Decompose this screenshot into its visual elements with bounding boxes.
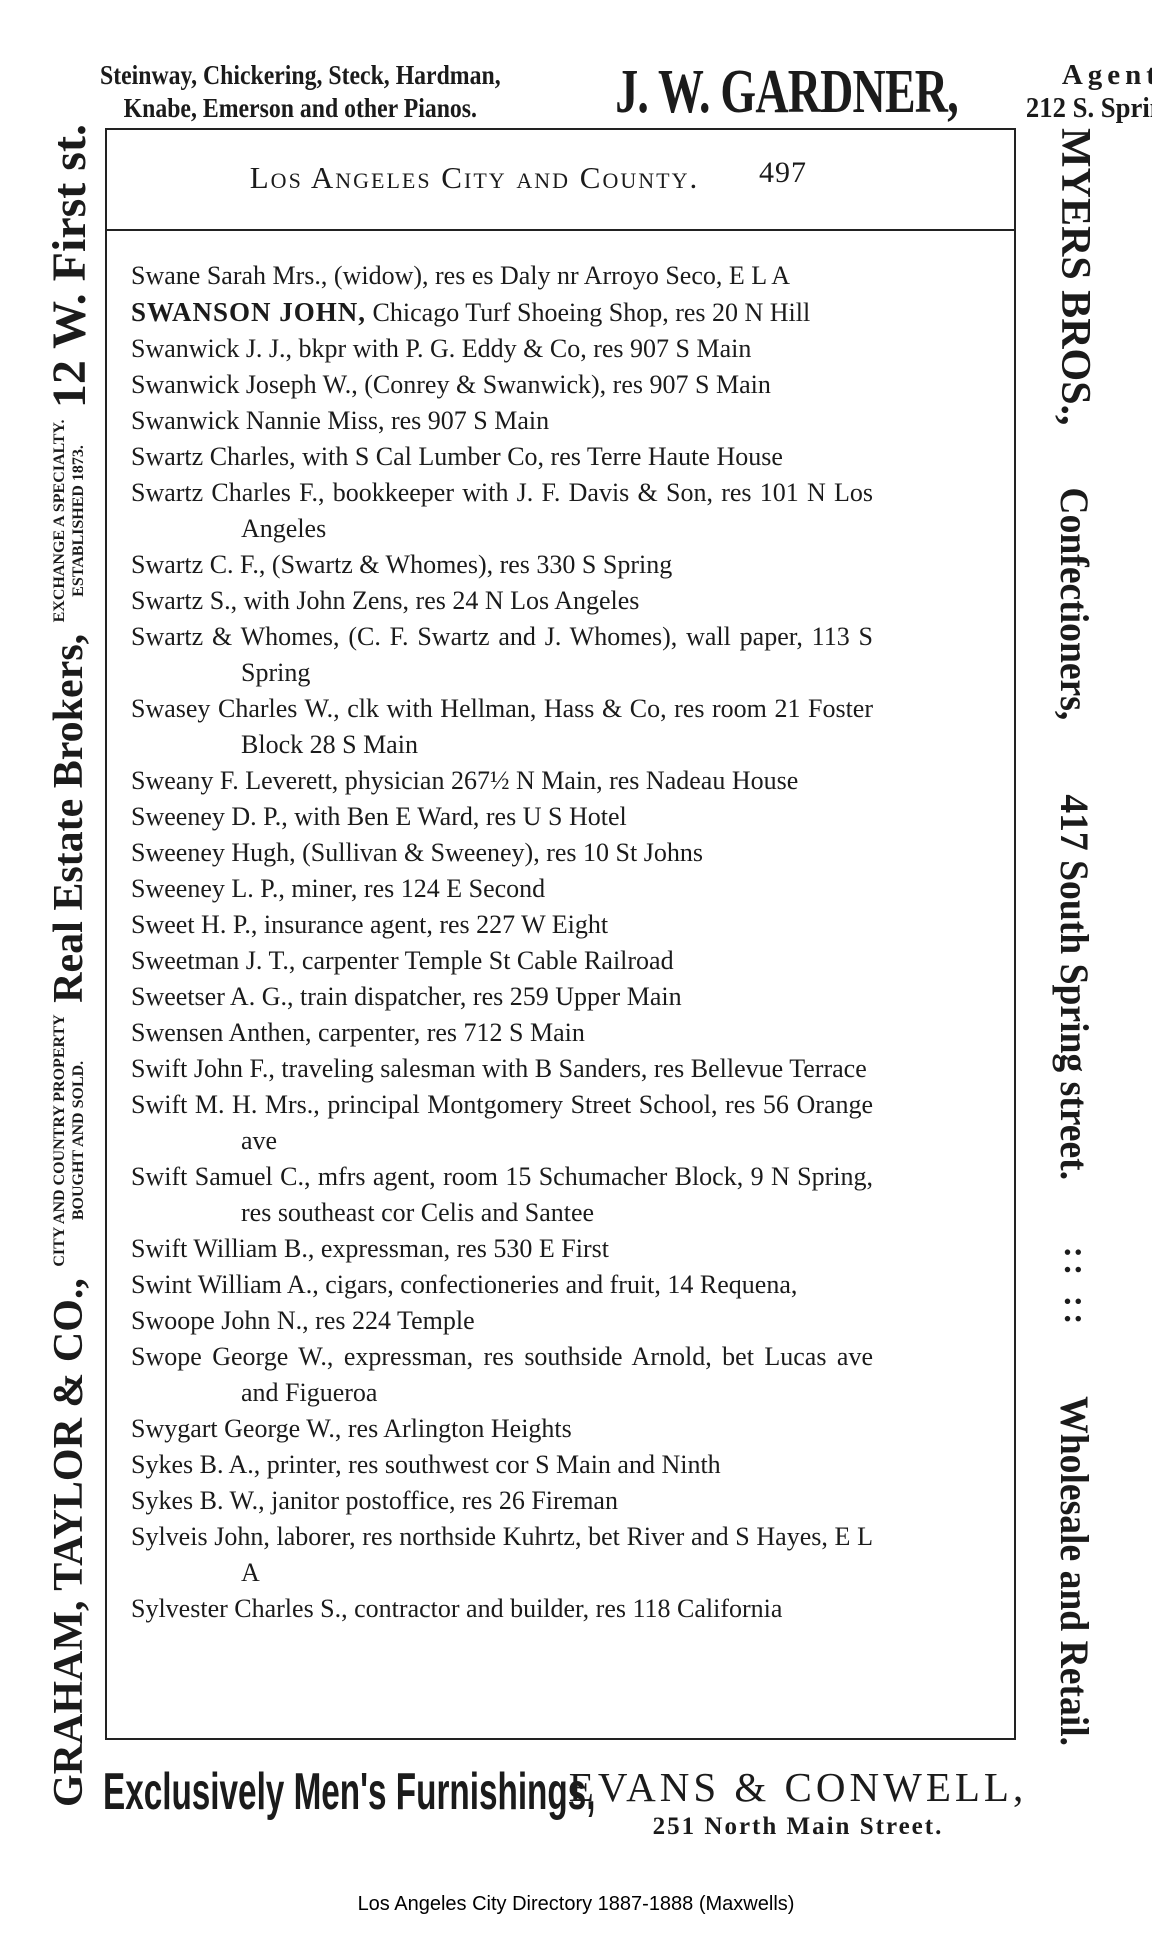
- directory-entry: SWANSON JOHN, Chicago Turf Shoeing Shop,…: [131, 294, 873, 331]
- directory-entry: Sylvester Charles S., contractor and bui…: [131, 1591, 873, 1627]
- left-ad-business: Real Estate Brokers,: [45, 634, 93, 1003]
- left-ad-property-line1: CITY AND COUNTRY PROPERTY: [51, 1014, 68, 1266]
- top-ad: Steinway, Chickering, Steck, Hardman, Kn…: [100, 52, 1035, 132]
- directory-entry: Sweet H. P., insurance agent, res 227 W …: [131, 907, 873, 943]
- directory-entry: Sylveis John, laborer, res northside Kuh…: [131, 1519, 873, 1591]
- right-ad-separator: :: ::: [1056, 1247, 1094, 1331]
- directory-entry: Swanwick Joseph W., (Conrey & Swanwick),…: [131, 367, 873, 403]
- left-ad-specialty-line2: ESTABLISHED 1873.: [70, 445, 87, 597]
- directory-entry: Sweany F. Leverett, physician 267½ N Mai…: [131, 763, 873, 799]
- directory-entry: Swartz & Whomes, (C. F. Swartz and J. Wh…: [131, 619, 873, 691]
- directory-entry: Swygart George W., res Arlington Heights: [131, 1411, 873, 1447]
- directory-entry: Swartz C. F., (Swartz & Whomes), res 330…: [131, 547, 873, 583]
- left-ad-specialty-note: EXCHANGE A SPECIALTY. ESTABLISHED 1873.: [50, 420, 88, 623]
- top-ad-gardner-name: J. W. GARDNER,: [615, 61, 958, 123]
- directory-entry: Sykes B. W., janitor postoffice, res 26 …: [131, 1483, 873, 1519]
- directory-entry: Swift M. H. Mrs., principal Montgomery S…: [131, 1087, 873, 1159]
- directory-entry: Swift John F., traveling salesman with B…: [131, 1051, 873, 1087]
- bottom-ad-furnishings: Exclusively Men's Furnishings,: [103, 1763, 394, 1821]
- directory-entry: Swartz Charles, with S Cal Lumber Co, re…: [131, 439, 873, 475]
- bottom-ad-company: EVANS & CONWELL,: [558, 1763, 1038, 1811]
- left-ad-specialty-line1: EXCHANGE A SPECIALTY.: [51, 420, 68, 623]
- directory-entry-list: Swane Sarah Mrs., (widow), res es Daly n…: [107, 231, 873, 1627]
- directory-entry: Swartz S., with John Zens, res 24 N Los …: [131, 583, 873, 619]
- left-sidebar-ad: GRAHAM, TAYLOR & CO., CITY AND COUNTRY P…: [22, 118, 116, 1813]
- directory-entry: Swanwick Nannie Miss, res 907 S Main: [131, 403, 873, 439]
- directory-page: Los Angeles City and County. 497 Swane S…: [105, 128, 1016, 1740]
- directory-title-row: Los Angeles City and County. 497: [107, 130, 1014, 231]
- directory-entry: Swift Samuel C., mfrs agent, room 15 Sch…: [131, 1159, 873, 1231]
- source-caption: Los Angeles City Directory 1887-1888 (Ma…: [0, 1893, 1152, 1916]
- top-ad-agent-block: Agent, 212 S. Spring St: [1018, 59, 1152, 125]
- top-ad-piano-lines: Steinway, Chickering, Steck, Hardman, Kn…: [100, 59, 501, 125]
- directory-entry: Sweeney Hugh, (Sullivan & Sweeney), res …: [131, 835, 873, 871]
- right-sidebar-ad: MYERS BROS., Confectioners, 417 South Sp…: [1028, 120, 1122, 1765]
- directory-entry: Swope George W., expressman, res southsi…: [131, 1339, 873, 1411]
- directory-entry: Swane Sarah Mrs., (widow), res es Daly n…: [131, 258, 873, 294]
- directory-entry: Sweeney D. P., with Ben E Ward, res U S …: [131, 799, 873, 835]
- bottom-ad-evans-block: EVANS & CONWELL, 251 North Main Street.: [558, 1763, 1038, 1841]
- bottom-ad: Exclusively Men's Furnishings, EVANS & C…: [103, 1763, 1038, 1841]
- page-title: Los Angeles City and County.: [107, 160, 842, 196]
- left-ad-company: GRAHAM, TAYLOR & CO.,: [45, 1278, 93, 1807]
- left-ad-property-line2: BOUGHT AND SOLD.: [70, 1061, 87, 1220]
- directory-entry: Swoope John N., res 224 Temple: [131, 1303, 873, 1339]
- directory-entry: Swensen Anthen, carpenter, res 712 S Mai…: [131, 1015, 873, 1051]
- top-ad-piano-line2: Knabe, Emerson and other Pianos.: [100, 92, 501, 125]
- right-ad-company: MYERS BROS.,: [1051, 128, 1099, 426]
- top-ad-agent-label: Agent,: [1018, 59, 1152, 92]
- top-ad-piano-line1: Steinway, Chickering, Steck, Hardman,: [100, 59, 501, 92]
- bottom-ad-address: 251 North Main Street.: [558, 1813, 1038, 1841]
- left-sidebar-ad-strip: GRAHAM, TAYLOR & CO., CITY AND COUNTRY P…: [22, 118, 116, 1813]
- page-number: 497: [759, 156, 807, 190]
- left-ad-property-note: CITY AND COUNTRY PROPERTY BOUGHT AND SOL…: [50, 1014, 88, 1266]
- directory-entry: Sykes B. A., printer, res southwest cor …: [131, 1447, 873, 1483]
- directory-entry: Swint William A., cigars, confectionerie…: [131, 1267, 873, 1303]
- left-ad-address: 12 W. First st.: [42, 124, 97, 408]
- directory-entry: Sweetser A. G., train dispatcher, res 25…: [131, 979, 873, 1015]
- right-ad-tagline: Wholesale and Retail.: [1052, 1396, 1099, 1746]
- directory-entry: Sweeney L. P., miner, res 124 E Second: [131, 871, 873, 907]
- directory-entry: Swift William B., expressman, res 530 E …: [131, 1231, 873, 1267]
- directory-entry: Swasey Charles W., clk with Hellman, Has…: [131, 691, 873, 763]
- right-sidebar-ad-strip: MYERS BROS., Confectioners, 417 South Sp…: [1028, 120, 1122, 1765]
- directory-entry: Swartz Charles F., bookkeeper with J. F.…: [131, 475, 873, 547]
- right-ad-address: 417 South Spring street.: [1052, 794, 1099, 1180]
- right-ad-business: Confectioners,: [1052, 487, 1099, 720]
- directory-entry-bold-name: SWANSON JOHN,: [131, 297, 366, 327]
- directory-entry: Swanwick J. J., bkpr with P. G. Eddy & C…: [131, 331, 873, 367]
- directory-entry: Sweetman J. T., carpenter Temple St Cabl…: [131, 943, 873, 979]
